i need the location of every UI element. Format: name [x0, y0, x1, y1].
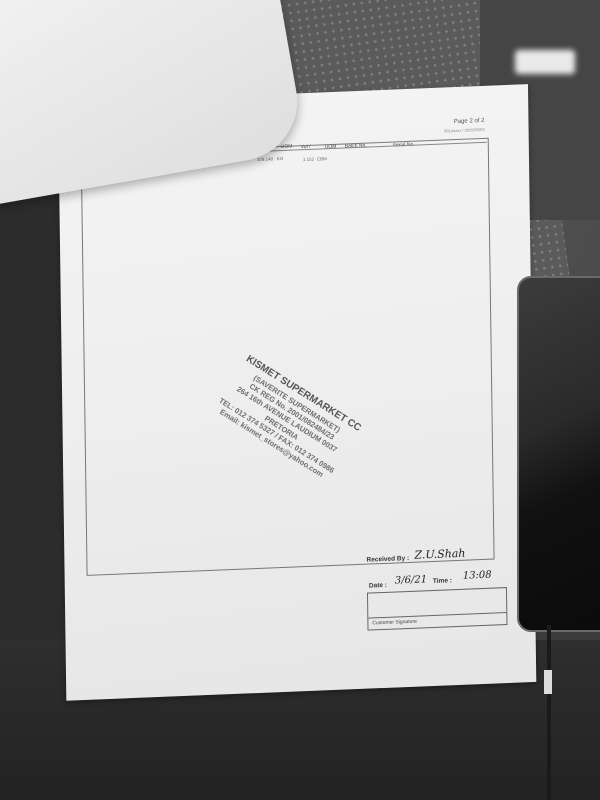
customer-signature-box: Customer Signature — [367, 587, 508, 631]
date-label: Date : — [369, 582, 387, 590]
date-handwriting: 3/6/21 — [395, 574, 427, 586]
window-glare — [515, 50, 575, 74]
customer-signature-label: Customer Signature — [372, 619, 417, 627]
time-label: Time : — [433, 577, 452, 585]
charging-cable — [547, 625, 551, 800]
signature-line — [368, 612, 506, 619]
smartphone — [517, 276, 600, 632]
document-reference: 8014xxxx / 2020/03/03 — [444, 127, 484, 134]
received-by-handwriting: Z.U.Shah — [414, 547, 465, 562]
time-handwriting: 13:08 — [463, 570, 492, 582]
page-number: Page 2 of 2 — [454, 118, 485, 125]
cable-connector — [544, 670, 552, 694]
photo-background: Page 2 of 2 8014xxxx / 2020/03/03 Materi… — [0, 0, 600, 800]
content-frame — [81, 138, 495, 576]
